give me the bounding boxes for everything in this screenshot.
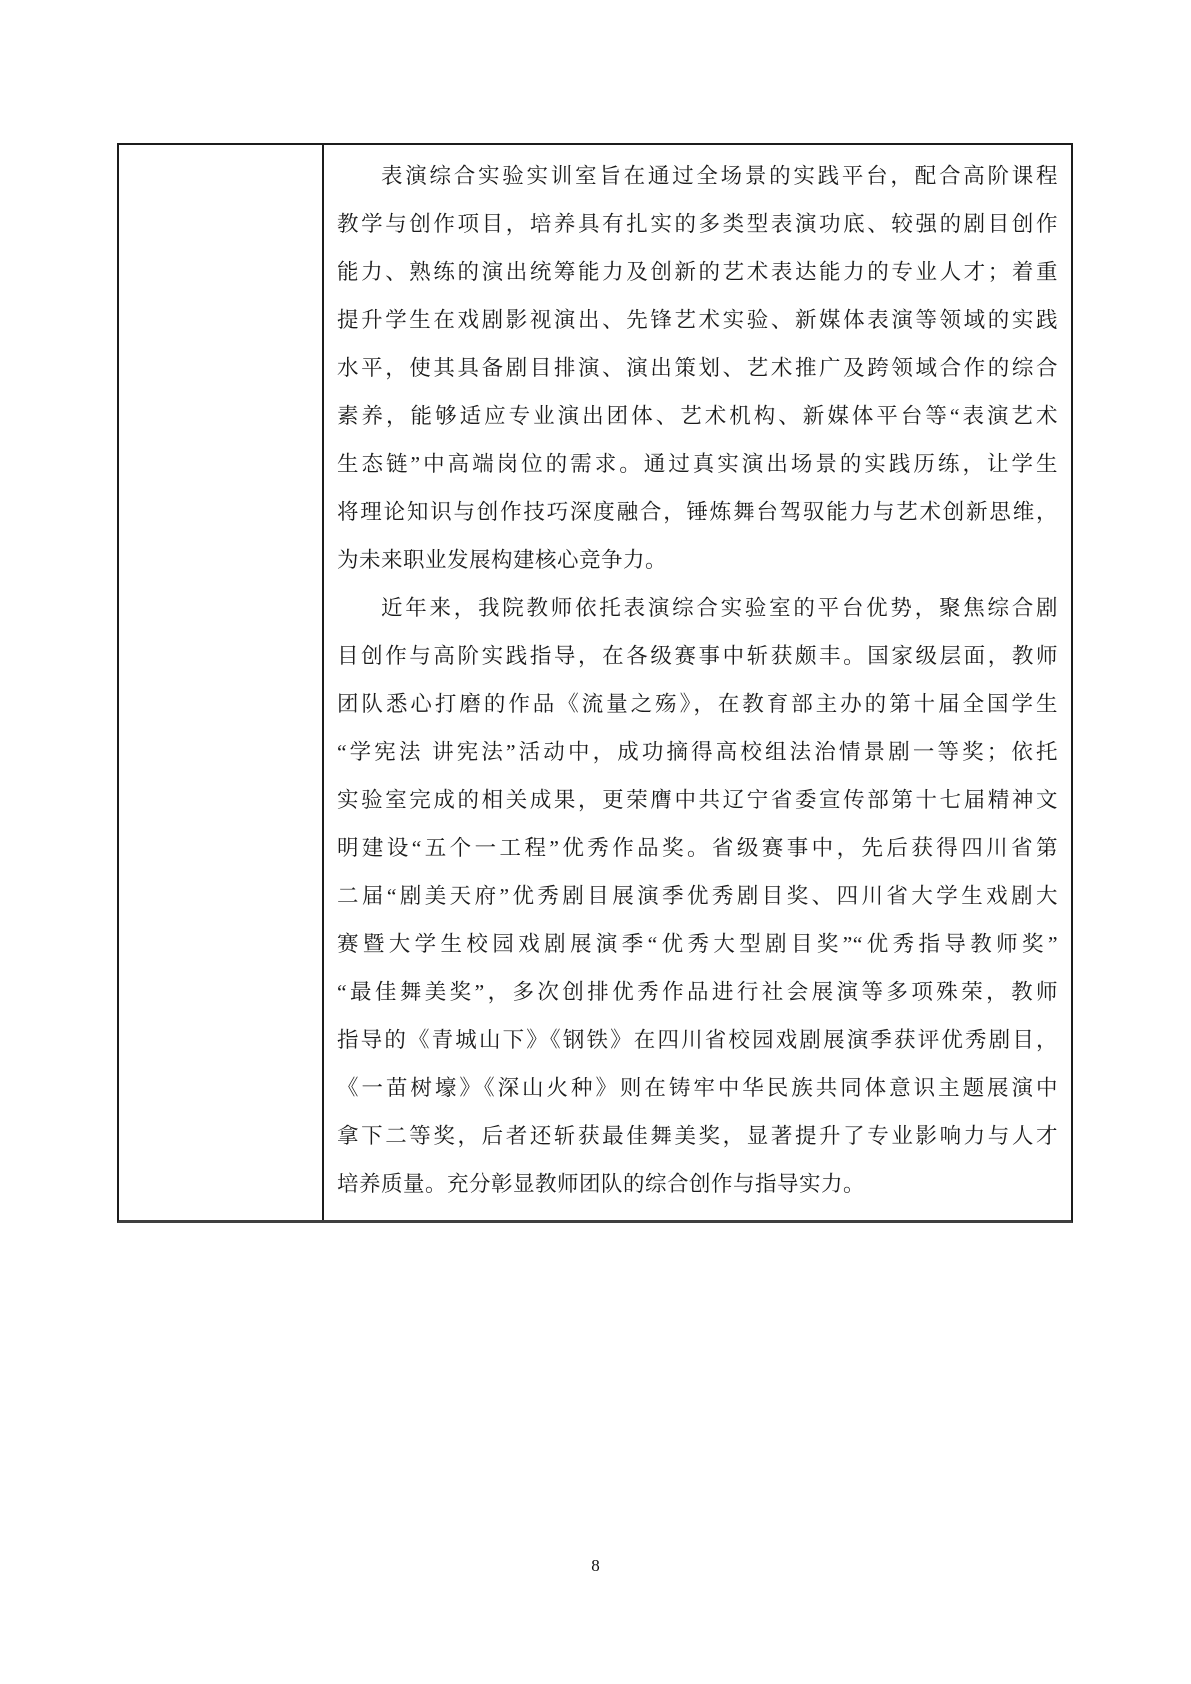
text-line: 教学与创作项目，培养具有扎实的多类型表演功底、较强的剧目创作 [337, 200, 1058, 248]
text-line: 指导的《青城山下》《钢铁》在四川省校园戏剧展演季获评优秀剧目， [337, 1016, 1058, 1064]
text-line: 水平，使其具备剧目排演、演出策划、艺术推广及跨领域合作的综合 [337, 344, 1058, 392]
text-line: 素养，能够适应专业演出团体、艺术机构、新媒体平台等“表演艺术 [337, 392, 1058, 440]
text-line: 目创作与高阶实践指导，在各级赛事中斩获颇丰。国家级层面，教师 [337, 632, 1058, 680]
text-line: “最佳舞美奖”，多次创排优秀作品进行社会展演等多项殊荣，教师 [337, 968, 1058, 1016]
text-line: 拿下二等奖，后者还斩获最佳舞美奖，显著提升了专业影响力与人才 [337, 1112, 1058, 1160]
text-line: 生态链”中高端岗位的需求。通过真实演出场景的实践历练，让学生 [337, 440, 1058, 488]
text-line: “学宪法 讲宪法”活动中，成功摘得高校组法治情景剧一等奖；依托 [337, 728, 1058, 776]
text-line: 为未来职业发展构建核心竞争力。 [337, 536, 1058, 584]
text-line: 将理论知识与创作技巧深度融合，锤炼舞台驾驭能力与艺术创新思维， [337, 488, 1058, 536]
paragraph: 近年来，我院教师依托表演综合实验室的平台优势，聚焦综合剧目创作与高阶实践指导，在… [337, 584, 1058, 1208]
text-line: 明建设“五个一工程”优秀作品奖。省级赛事中，先后获得四川省第 [337, 824, 1058, 872]
text-line: 能力、熟练的演出统筹能力及创新的艺术表达能力的专业人才；着重 [337, 248, 1058, 296]
text-line: 二届“剧美天府”优秀剧目展演季优秀剧目奖、四川省大学生戏剧大 [337, 872, 1058, 920]
text-line: 赛暨大学生校园戏剧展演季“优秀大型剧目奖”“优秀指导教师奖” [337, 920, 1058, 968]
text-line: 实验室完成的相关成果，更荣膺中共辽宁省委宣传部第十七届精神文 [337, 776, 1058, 824]
content-table: 表演综合实验实训室旨在通过全场景的实践平台，配合高阶课程教学与创作项目，培养具有… [117, 143, 1073, 1223]
text-line: 《一苗树壕》《深山火种》则在铸牢中华民族共同体意识主题展演中 [337, 1064, 1058, 1112]
paragraph: 表演综合实验实训室旨在通过全场景的实践平台，配合高阶课程教学与创作项目，培养具有… [337, 152, 1058, 584]
text-line: 提升学生在戏剧影视演出、先锋艺术实验、新媒体表演等领域的实践 [337, 296, 1058, 344]
table-cell-description: 表演综合实验实训室旨在通过全场景的实践平台，配合高阶课程教学与创作项目，培养具有… [324, 145, 1071, 1220]
page-number: 8 [0, 1556, 1191, 1576]
table-cell-label [119, 145, 324, 1220]
text-line: 近年来，我院教师依托表演综合实验室的平台优势，聚焦综合剧 [337, 584, 1058, 632]
text-line: 培养质量。充分彰显教师团队的综合创作与指导实力。 [337, 1160, 1058, 1208]
text-line: 团队悉心打磨的作品《流量之殇》，在教育部主办的第十届全国学生 [337, 680, 1058, 728]
text-line: 表演综合实验实训室旨在通过全场景的实践平台，配合高阶课程 [337, 152, 1058, 200]
